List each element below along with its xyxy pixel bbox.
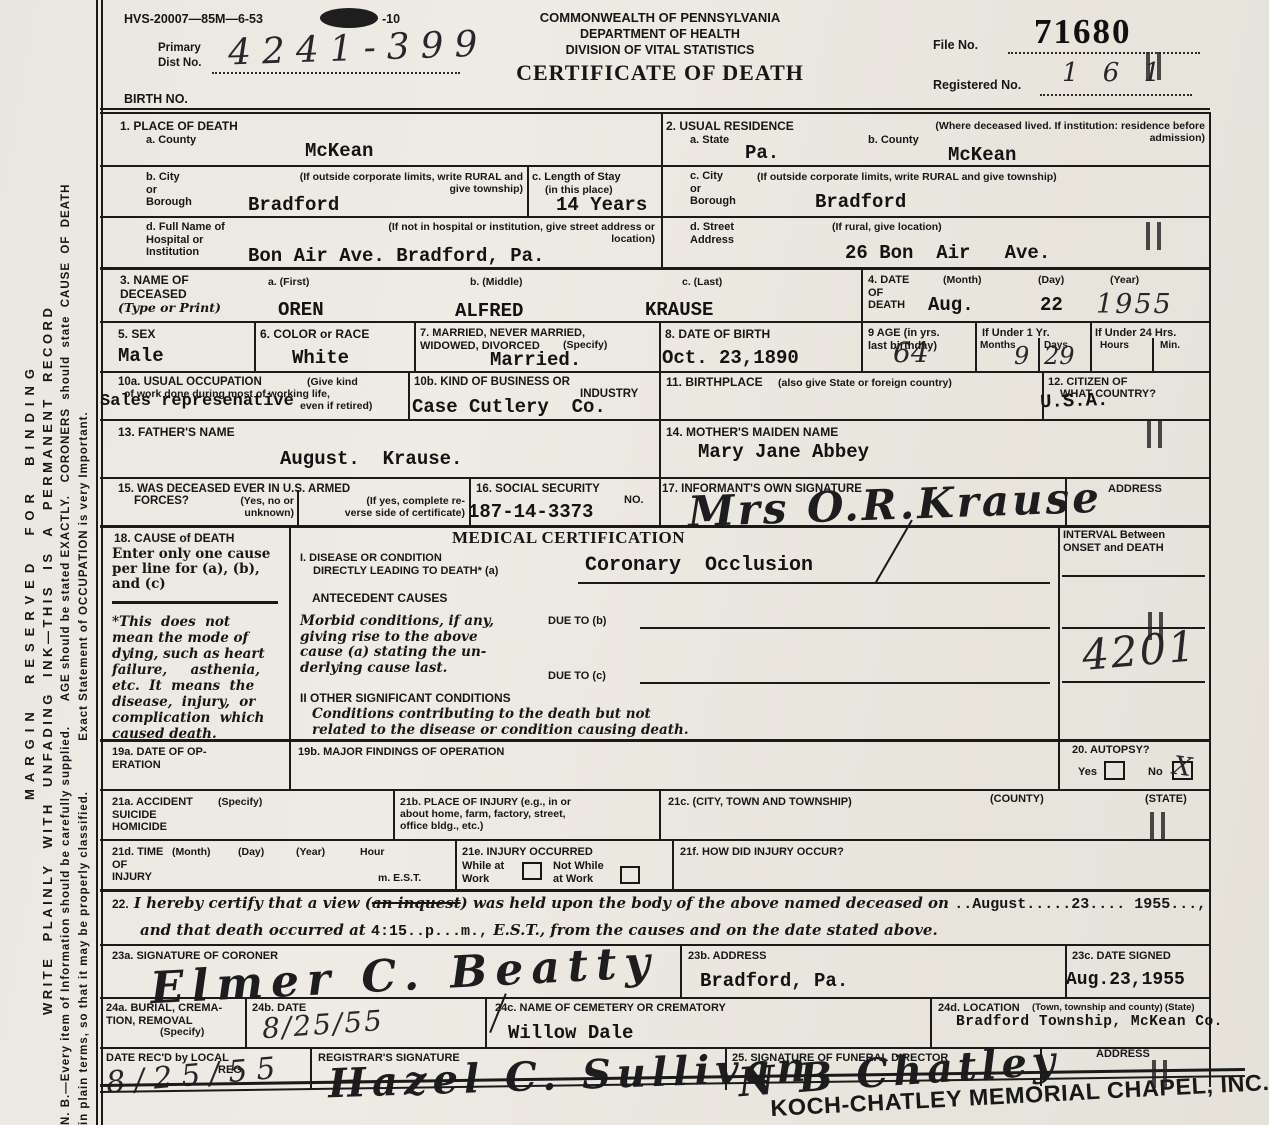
rule (414, 322, 416, 372)
form-code-suffix: -10 (382, 12, 400, 26)
hospital-note: (If not in hospital or institution, give… (300, 221, 655, 245)
under-24hrs-label: If Under 24 Hrs. (1095, 327, 1176, 340)
rule (100, 839, 1210, 841)
birthplace-note: (also give State or foreign country) (778, 377, 952, 389)
injury-occurred-label: 21e. INJURY OCCURRED (462, 846, 593, 859)
informant-address-label: ADDRESS (1108, 483, 1162, 496)
cause-of-death-title: 18. CAUSE of DEATH (114, 532, 234, 546)
rule (100, 267, 1210, 270)
rule (659, 790, 661, 840)
certificate-title: CERTIFICATE OF DEATH (440, 60, 880, 86)
rule (1065, 478, 1067, 525)
cemetery-value: Willow Dale (508, 1022, 633, 1044)
scan-artifact (1147, 420, 1162, 448)
sex-label: 5. SEX (118, 328, 155, 342)
burial-label: 24a. BURIAL, CREMA- TION, REMOVAL (106, 1002, 222, 1027)
rule (408, 372, 410, 420)
age-days-value: 29 (1044, 342, 1075, 370)
street-label: d. Street Address (690, 221, 734, 246)
color-race-value: White (292, 347, 349, 369)
rule (297, 490, 299, 525)
rule (659, 322, 661, 525)
certify-statement-line2: and that death occurred at 4:15..p...m.,… (140, 921, 938, 940)
rule (100, 889, 1210, 892)
autopsy-yes-label: Yes (1078, 766, 1097, 779)
marital-value: Married. (490, 349, 581, 371)
armed-forces-note1: (Yes, no or unknown) (222, 495, 294, 519)
autopsy-no-mark: X (1171, 751, 1194, 783)
injury-est-label: m. E.S.T. (378, 872, 421, 884)
res-city-note: (If outside corporate limits, write RURA… (757, 171, 1057, 183)
city-value: Bradford (248, 194, 339, 216)
rule (1038, 338, 1040, 372)
father-name-label: 13. FATHER'S NAME (118, 426, 235, 440)
rule (100, 165, 1210, 167)
how-injury-label: 21f. HOW DID INJURY OCCUR? (680, 846, 844, 859)
injury-year-label: (Year) (296, 846, 325, 858)
occupation-note1: (Give kind (307, 376, 358, 388)
scan-artifact (1146, 52, 1161, 80)
leading-to-death-label: DIRECTLY LEADING TO DEATH* (a) (313, 565, 498, 578)
form-code: HVS-20007—85M—6-53 (124, 12, 263, 26)
funeral-address-label: ADDRESS (1096, 1048, 1150, 1061)
certify-text: and that death occurred at (140, 921, 371, 939)
months-label: Months (980, 340, 1016, 353)
dod-day-label: (Day) (1038, 274, 1064, 286)
ssn-label: 16. SOCIAL SECURITY (476, 483, 600, 496)
birthplace-label: 11. BIRTHPLACE (666, 376, 763, 390)
injury-county-label: (COUNTY) (990, 793, 1044, 806)
morbid-conditions-note: Morbid conditions, if any, giving rise t… (300, 614, 494, 676)
due-to-b-label: DUE TO (b) (548, 615, 606, 628)
rule (100, 997, 1210, 999)
certify-struck-text: an inquest (372, 894, 461, 912)
rule (485, 998, 487, 1048)
rule (455, 840, 457, 890)
injury-day-label: (Day) (238, 846, 264, 858)
citizen-label: 12. CITIZEN OF (1048, 376, 1127, 389)
rule (640, 682, 1050, 684)
interval-label: INTERVAL Between ONSET and DEATH (1063, 529, 1165, 554)
rule (1065, 945, 1067, 998)
rule (100, 216, 1210, 218)
county-value: McKean (305, 140, 373, 162)
rule (112, 601, 278, 604)
rule (254, 322, 256, 372)
dod-day-value: 22 (1040, 294, 1063, 316)
rule (1062, 575, 1205, 577)
mother-name-label: 14. MOTHER'S MAIDEN NAME (666, 426, 838, 440)
street-value: 26 Bon Air Ave. (845, 242, 1050, 264)
dob-label: 8. DATE OF BIRTH (665, 328, 770, 342)
location-value: Bradford Township, McKean Co. (956, 1014, 1223, 1030)
dod-year-value: 1955 (1096, 289, 1173, 320)
name-of-deceased-title: 3. NAME OF DECEASED (120, 274, 189, 301)
hospital-label: d. Full Name of Hospital or Institution (146, 221, 225, 259)
agency-header: COMMONWEALTH OF PENNSYLVANIA DEPARTMENT … (440, 10, 880, 86)
injury-hour-label: Hour (360, 846, 385, 858)
not-at-work-label: Not While at Work (553, 860, 604, 885)
burial-specify-note: (Specify) (160, 1026, 204, 1038)
age-months-value: 9 (1014, 342, 1029, 370)
certify-text: I hereby certify that a view ( (129, 894, 372, 912)
rule (578, 582, 1050, 584)
city-borough-label: b. City or Borough (146, 171, 192, 209)
death-certificate-scan: MARGIN RESERVED FOR BINDING WRITE PLAINL… (0, 0, 1269, 1125)
autopsy-no-label: No (1148, 766, 1163, 779)
street-note: (If rural, give location) (832, 221, 942, 233)
department-line: DEPARTMENT OF HEALTH (440, 27, 880, 41)
rule (100, 419, 1210, 421)
certify-text: E.S.T., from the causes and on the date … (488, 921, 938, 939)
file-no-label: File No. (933, 38, 978, 52)
certify-text: ) was held upon the body of the above na… (461, 894, 955, 912)
under-1yr-label: If Under 1 Yr. (982, 327, 1050, 340)
county-label: a. County (146, 134, 196, 147)
interval-value: 4201 (1080, 621, 1199, 680)
rule (1058, 525, 1060, 790)
cause-instruction: Enter only one cause per line for (a), (… (112, 547, 270, 592)
division-line: DIVISION OF VITAL STATISTICS (440, 43, 880, 57)
accident-suicide-label: 21a. ACCIDENT SUICIDE HOMICIDE (112, 796, 193, 834)
cause-a-value: Coronary Occlusion (585, 554, 813, 577)
autopsy-label: 20. AUTOPSY? (1072, 744, 1150, 757)
rule (527, 166, 529, 216)
state-value: Pa. (745, 142, 779, 164)
margin-nb-note: N. B.—Every item of Information should b… (60, 184, 72, 1125)
rule (640, 627, 1050, 629)
middle-name-value: ALFRED (455, 300, 523, 322)
armed-forces-label2: FORCES? (134, 495, 189, 508)
certify-date-value: ..August.....23.... 1955..., (954, 896, 1206, 913)
age-value: 64 (893, 336, 929, 369)
date-of-death-label: 4. DATE OF DEATH (868, 274, 909, 312)
rule (100, 112, 1210, 114)
disease-condition-label: I. DISEASE OR CONDITION (300, 552, 442, 565)
first-name-value: OREN (278, 299, 324, 321)
occupation-label: 10a. USUAL OCCUPATION (118, 376, 262, 389)
type-or-print-note: (Type or Print) (118, 300, 221, 316)
rule (1042, 372, 1044, 420)
rule (245, 998, 247, 1048)
father-name-value: August. Krause. (280, 448, 462, 470)
union-bug-icon (320, 8, 378, 28)
registered-no-label: Registered No. (933, 78, 1021, 92)
dist-no-label: Dist No. (158, 57, 201, 70)
rule (861, 322, 863, 372)
commonwealth-line: COMMONWEALTH OF PENNSYLVANIA (440, 10, 880, 25)
cause-footnote: *This does not mean the mode of dying, s… (112, 614, 265, 742)
rule (1040, 94, 1192, 96)
location-note1: (Town, township and county) (1032, 1002, 1163, 1014)
rule (289, 528, 291, 790)
margin-occupation-note: in plain terms, so that it may be proper… (78, 411, 90, 1125)
rule (661, 112, 663, 268)
res-county-value: McKean (948, 144, 1016, 166)
date-of-operation-label: 19a. DATE OF OP- ERATION (112, 746, 207, 771)
rule (96, 0, 98, 1125)
coroner-address-value: Bradford, Pa. (700, 970, 848, 992)
while-at-work-label: While at Work (462, 860, 504, 885)
res-city-value: Bradford (815, 191, 906, 213)
rule (1152, 338, 1154, 372)
citizen-value: U.S.A. (1040, 389, 1109, 413)
date-signed-label: 23c. DATE SIGNED (1072, 950, 1171, 963)
not-at-work-checkbox (620, 866, 640, 884)
medical-certification-title: MEDICAL CERTIFICATION (452, 528, 685, 548)
injury-city-label: 21c. (CITY, TOWN AND TOWNSHIP) (668, 796, 852, 809)
occupation-value: Sales represenative (100, 392, 294, 411)
other-conditions-note: Conditions contributing to the death but… (312, 707, 689, 738)
middle-name-label: b. (Middle) (470, 276, 523, 288)
birth-no-label: BIRTH NO. (124, 92, 188, 106)
autopsy-yes-checkbox (1104, 761, 1125, 780)
dod-year-label: (Year) (1110, 274, 1139, 286)
ssn-no-label: NO. (624, 494, 644, 507)
while-at-work-checkbox (522, 862, 542, 880)
location-note2: (State) (1165, 1002, 1195, 1014)
length-of-stay-value: 14 Years (556, 194, 647, 216)
rule (672, 840, 674, 890)
dod-month-label: (Month) (943, 274, 981, 286)
city-note: (If outside corporate limits, write RURA… (255, 171, 523, 195)
sex-value: Male (118, 345, 164, 367)
dob-value: Oct. 23,1890 (662, 347, 799, 369)
rule (1008, 52, 1200, 54)
time-of-injury-label: 21d. TIME OF INJURY (112, 846, 163, 884)
occupation-note3: even if retired) (300, 400, 372, 412)
rule (393, 790, 395, 840)
rule (100, 739, 1210, 742)
hours-label: Hours (1100, 340, 1129, 353)
color-race-label: 6. COLOR or RACE (260, 328, 369, 342)
injury-state-label: (STATE) (1145, 793, 1187, 806)
scan-artifact (1148, 612, 1163, 640)
margin-ink-note: WRITE PLAINLY WITH UNFADING INK—THIS IS … (40, 305, 55, 1015)
business-label: 10b. KIND OF BUSINESS OR (414, 376, 570, 389)
dod-month-value: Aug. (928, 294, 974, 316)
due-to-c-label: DUE TO (c) (548, 670, 606, 683)
scan-artifact (1146, 222, 1161, 250)
rule (930, 998, 932, 1048)
margin-binding-note: MARGIN RESERVED FOR BINDING (22, 362, 37, 800)
first-name-label: a. (First) (268, 276, 309, 288)
ssn-value: 187-14-3373 (468, 501, 593, 523)
res-county-label: b. County (868, 134, 919, 147)
rule (1209, 112, 1211, 1087)
length-of-stay-label: c. Length of Stay (532, 171, 621, 184)
cemetery-label: 24c. NAME OF CEMETERY OR CREMATORY (495, 1002, 726, 1015)
res-city-label: c. City or Borough (690, 170, 736, 208)
date-signed-value: Aug.23,1955 (1066, 970, 1185, 990)
file-number: 71680 (1034, 12, 1132, 52)
accident-specify-note: (Specify) (218, 796, 262, 808)
state-label: a. State (690, 134, 729, 147)
certify-time-value: 4:15..p...m., (371, 923, 488, 940)
rule (100, 108, 1210, 110)
rule (100, 789, 1210, 791)
coroner-address-label: 23b. ADDRESS (688, 950, 766, 963)
rule (469, 478, 471, 525)
burial-date-value: 8/25/55 (261, 1004, 385, 1045)
hospital-value: Bon Air Ave. Bradford, Pa. (248, 245, 544, 267)
usual-residence-title: 2. USUAL RESIDENCE (666, 120, 794, 134)
other-conditions-label: II OTHER SIGNIFICANT CONDITIONS (300, 692, 511, 706)
major-findings-label: 19b. MAJOR FINDINGS OF OPERATION (298, 746, 504, 759)
place-of-injury-label: 21b. PLACE OF INJURY (e.g., in or about … (400, 796, 571, 832)
armed-forces-note2: (If yes, complete re- verse side of cert… (303, 495, 465, 519)
mother-name-value: Mary Jane Abbey (698, 441, 869, 463)
primary-label: Primary (158, 42, 201, 55)
min-label: Min. (1160, 340, 1180, 353)
injury-month-label: (Month) (172, 846, 210, 858)
certify-number: 22. (112, 897, 129, 911)
rule (1090, 322, 1092, 372)
scan-artifact (1150, 812, 1165, 840)
location-label: 24d. LOCATION (938, 1002, 1020, 1015)
certify-statement-line1: 22. I hereby certify that a view (an inq… (112, 894, 1206, 913)
rule (1062, 681, 1205, 683)
place-of-death-title: 1. PLACE OF DEATH (120, 120, 238, 134)
antecedent-causes-label: ANTECEDENT CAUSES (312, 592, 447, 606)
armed-forces-label: 15. WAS DECEASED EVER IN U.S. ARMED (118, 483, 350, 496)
business-value: Case Cutlery Co. (412, 396, 606, 418)
rule (310, 1048, 312, 1090)
rule (975, 322, 977, 372)
last-name-label: c. (Last) (682, 276, 722, 288)
rule (100, 321, 1210, 323)
scan-artifact (1152, 1060, 1167, 1088)
last-name-value: KRAUSE (645, 299, 713, 321)
rule (101, 0, 103, 1125)
rule (680, 945, 682, 998)
